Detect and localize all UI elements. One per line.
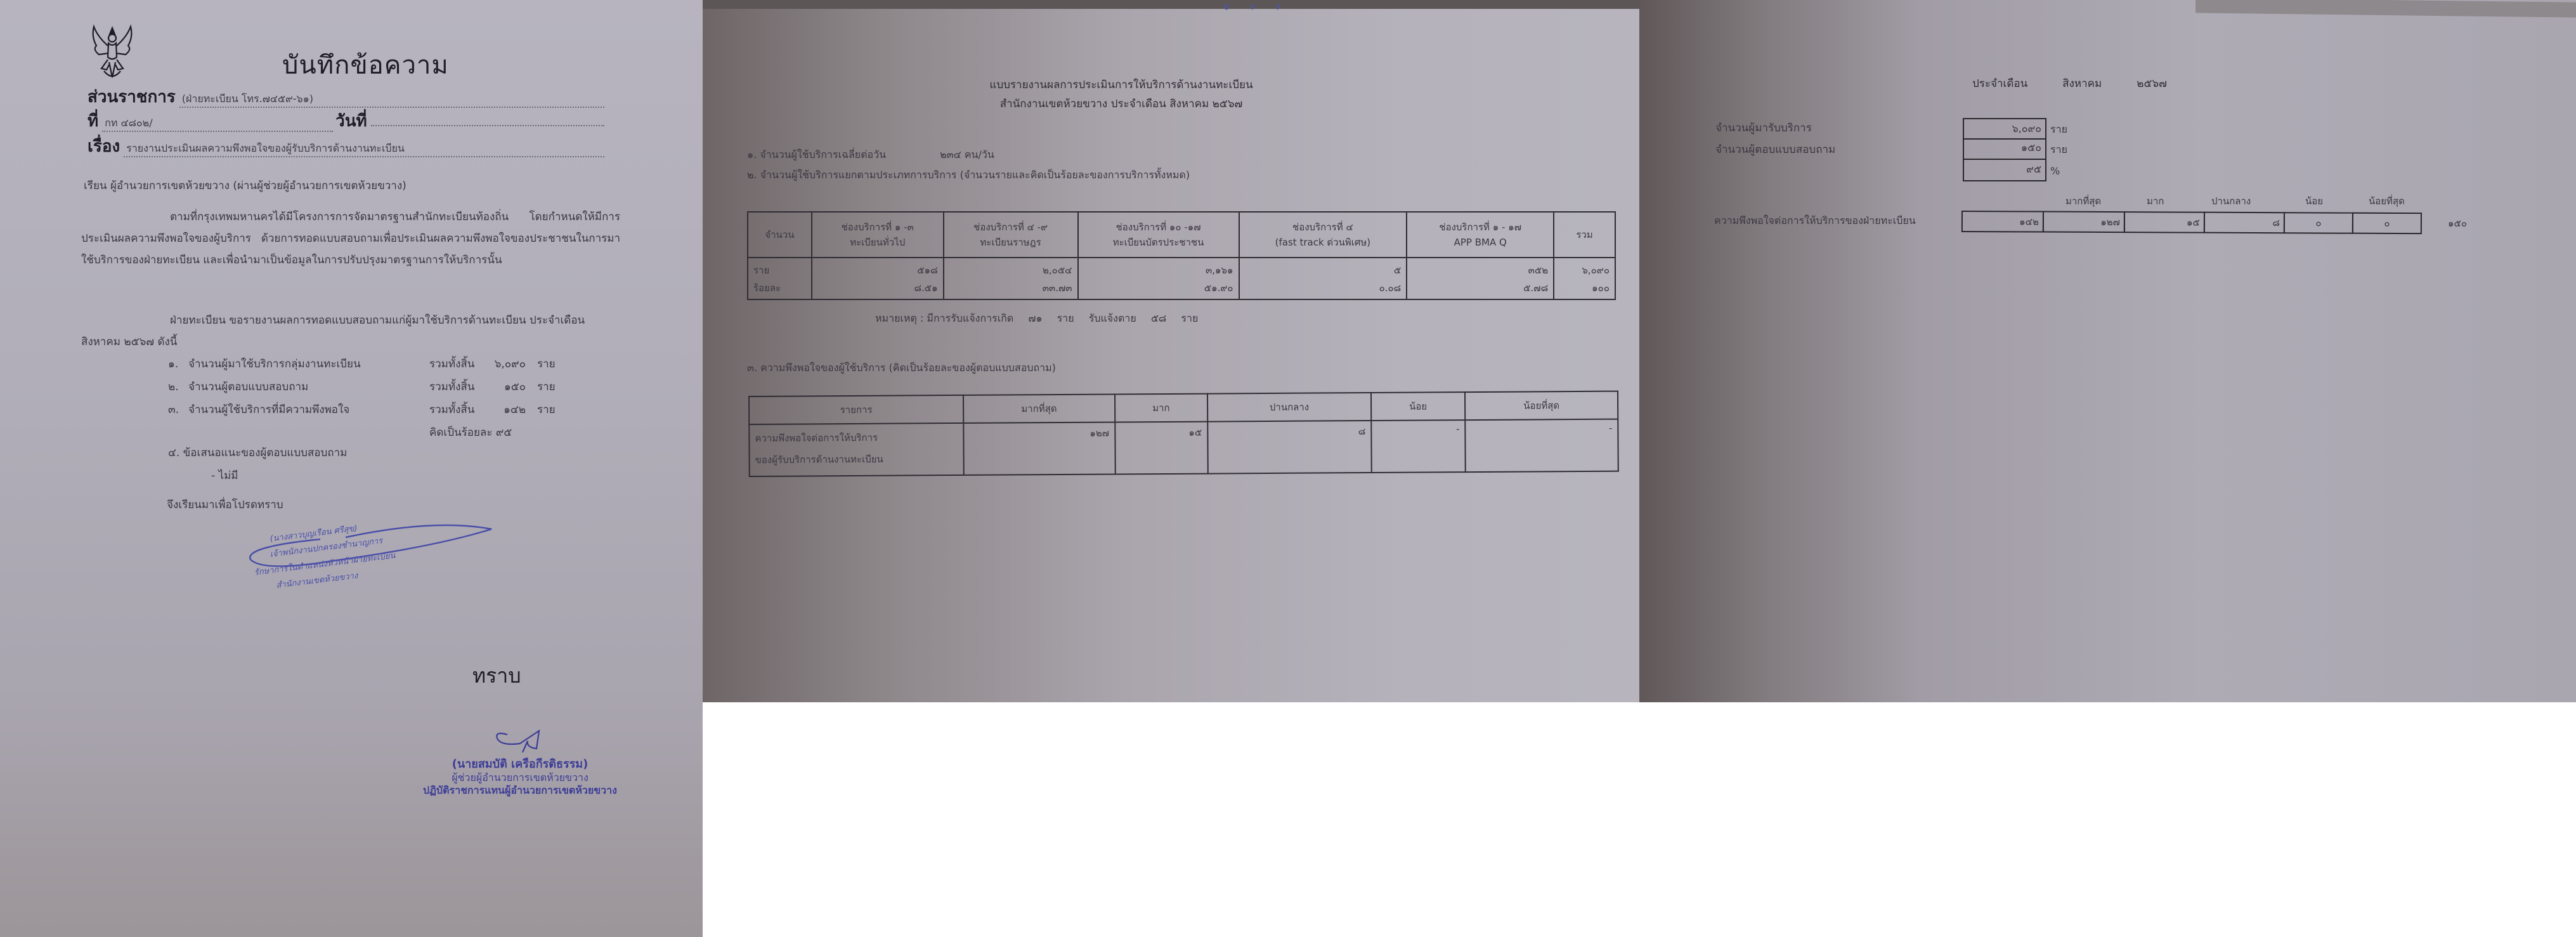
table-header: ช่องบริการที่ ๔ -๙ทะเบียนราษฎร (944, 212, 1078, 258)
kpi-value: ๑๕๐ (1963, 138, 2046, 160)
table-header: ช่องบริการที่ ๑ -๓ทะเบียนทั่วไป (812, 212, 944, 258)
kpi-unit: ราย (2050, 122, 2067, 138)
table-header: น้อย (1371, 392, 1465, 421)
kpi-unit: % (2050, 165, 2060, 177)
service-report-page: ข ร ร แบบรายงานผลการประเมินการให้บริการด… (703, 0, 1639, 702)
kpi-unit: ราย (2050, 142, 2067, 158)
signature-scrawl-icon (488, 730, 552, 755)
table-header: จำนวน (748, 212, 812, 258)
satisfaction-row: ๑๔๒ ๑๒๗ ๑๕ ๘ ๐ ๐ (1963, 211, 2422, 234)
stat-row: ๒. จำนวนผู้ตอบแบบสอบถาม รวมทั้งสิ้น ๑๕๐ … (168, 378, 556, 395)
report-month: ประจำเดือน สิงหาคม ๒๕๖๗ (1972, 75, 2202, 92)
reference-field: ที่ กท ๔๘๐๒/ วันที่ (88, 108, 604, 133)
daily-average-line: ๑. จำนวนผู้ใช้บริการเฉลี่ยต่อวัน ๒๓๔ คน/… (747, 147, 994, 163)
memo-title: บันทึกข้อความ (282, 44, 449, 85)
birth-death-note: หมายเหตุ : มีการรับแจ้งการเกิด ๗๑ ราย รั… (875, 311, 1209, 327)
table-header: มากที่สุด (963, 394, 1115, 423)
table-row: ราย ๕๑๘ ๒,๐๕๔ ๓,๑๖๑ ๕ ๓๕๒ ๖,๐๙๐ (748, 258, 1615, 280)
kpi-label: จำนวนผู้ตอบแบบสอบถาม (1715, 141, 1835, 158)
suggestions-value: - ไม่มี (211, 467, 238, 484)
table-row: ร้อยละ ๘.๕๑ ๓๓.๗๓ ๕๑.๙๐ ๐.๐๘ ๕.๗๘ ๑๐๐ (748, 280, 1615, 299)
service-type-heading: ๒. จำนวนผู้ใช้บริการแยกตามประเภทการบริกา… (747, 167, 1190, 183)
satisfaction-percent: คิดเป็นร้อยละ ๙๕ (429, 424, 512, 441)
stat-row: ๑. จำนวนผู้มาใช้บริการกลุ่มงานทะเบียน รว… (168, 355, 556, 372)
signer-name: (นายสมบัติ เครือกีรติธรรม) (406, 757, 634, 771)
table-row: ความพึงพอใจต่อการให้บริการของผู้รับบริกา… (749, 419, 1618, 476)
acknowledged-mark: ทราบ (472, 660, 521, 692)
addressee: เรียน ผู้อำนวยการเขตห้วยขวาง (ผ่านผู้ช่ว… (84, 175, 407, 197)
satisfaction-table: รายการ มากที่สุด มาก ปานกลาง น้อย น้อยที… (748, 391, 1619, 477)
table-header: ช่องบริการที่ ๔(fast track ด่วนพิเศษ) (1239, 212, 1407, 258)
director-signature-block: (นายสมบัติ เครือกีรติธรรม) ผู้ช่วยผู้อำน… (406, 730, 634, 797)
respondent-total: ๑๕๐ (2448, 216, 2467, 231)
signer-acting-title: ปฏิบัติราชการแทนผู้อำนวยการเขตห้วยขวาง (406, 784, 634, 797)
suggestions-heading: ๔. ข้อเสนอแนะของผู้ตอบแบบสอบถาม (168, 444, 347, 461)
reference-label: ที่ (88, 108, 98, 134)
reference-value: กท ๔๘๐๒/ (102, 115, 333, 132)
table-header: รวม (1554, 212, 1615, 258)
date-label: วันที่ (335, 108, 367, 134)
satisfaction-row-label: ความพึงพอใจต่อการให้บริการของฝ่ายทะเบียน (1714, 213, 1916, 229)
body-paragraph-2: ฝ่ายทะเบียน ขอรายงานผลการทอดแบบสอบถามแก่… (81, 310, 620, 353)
signer-title: ผู้ช่วยผู้อำนวยการเขตห้วยขวาง (406, 771, 634, 784)
body-paragraph-1: ตามที่กรุงเทพมหานครได้มีโครงการการจัดมาต… (81, 206, 620, 271)
agency-value: (ฝ่ายทะเบียน โทร.๗๔๕๙-๖๑) (179, 91, 604, 108)
kpi-label: จำนวนผู้มารับบริการ (1715, 119, 1812, 136)
table-header: ช่องบริการที่ ๑๐ -๑๗ทะเบียนบัตรประชาชน (1078, 212, 1239, 258)
death-count: ๕๘ (1151, 312, 1166, 324)
report-heading: แบบรายงานผลการประเมินการให้บริการด้านงาน… (836, 76, 1407, 93)
page-edge (2195, 0, 2576, 18)
garuda-emblem-icon (85, 24, 140, 81)
subject-label: เรื่อง (88, 133, 120, 159)
page-edge (703, 0, 1639, 9)
table-header: ช่องบริการที่ ๑ - ๑๗APP BMA Q (1407, 212, 1554, 258)
report-subheading: สำนักงานเขตห้วยขวาง ประจำเดือน สิงหาคม ๒… (836, 95, 1407, 112)
satisfaction-heading: ๓. ความพึงพอใจของผู้ใช้บริการ (คิดเป็นร้… (747, 360, 1056, 376)
agency-label: ส่วนราชการ (88, 84, 176, 110)
kpi-value: ๖,๐๙๐ (1963, 118, 2046, 140)
kpi-value: ๙๕ (1963, 160, 2046, 181)
closing-line: จึงเรียนมาเพื่อโปรดทราบ (167, 496, 283, 513)
stat-row: ๓. จำนวนผู้ใช้บริการที่มีความพึงพอใจ รวม… (168, 401, 556, 418)
official-stamp-signature: (นางสาวบุญเรือน ศรีสุข) เจ้าพนักงานปกครอ… (244, 521, 498, 604)
memo-page: บันทึกข้อความ ส่วนราชการ (ฝ่ายทะเบียน โท… (0, 0, 703, 937)
table-header: ปานกลาง (1207, 393, 1371, 422)
birth-count: ๗๑ (1028, 312, 1042, 324)
service-type-table: จำนวน ช่องบริการที่ ๑ -๓ทะเบียนทั่วไป ช่… (747, 211, 1616, 300)
date-value (371, 125, 604, 126)
table-header: รายการ (749, 395, 963, 424)
subject-field: เรื่อง รายงานประเมินผลความพึงพอใจของผู้ร… (88, 133, 604, 159)
agency-field: ส่วนราชการ (ฝ่ายทะเบียน โทร.๗๔๕๙-๖๑) (88, 84, 604, 109)
summary-page: ประจำเดือน สิงหาคม ๒๕๖๗ จำนวนผู้มารับบริ… (1639, 0, 2576, 702)
daily-average-value: ๒๓๔ คน/วัน (940, 148, 994, 161)
table-header: มาก (1115, 394, 1207, 423)
handwritten-mark: ข ร ร (1223, 0, 1289, 14)
subject-value: รายงานประเมินผลความพึงพอใจของผู้รับบริกา… (124, 141, 604, 157)
table-header: น้อยที่สุด (1465, 391, 1618, 420)
